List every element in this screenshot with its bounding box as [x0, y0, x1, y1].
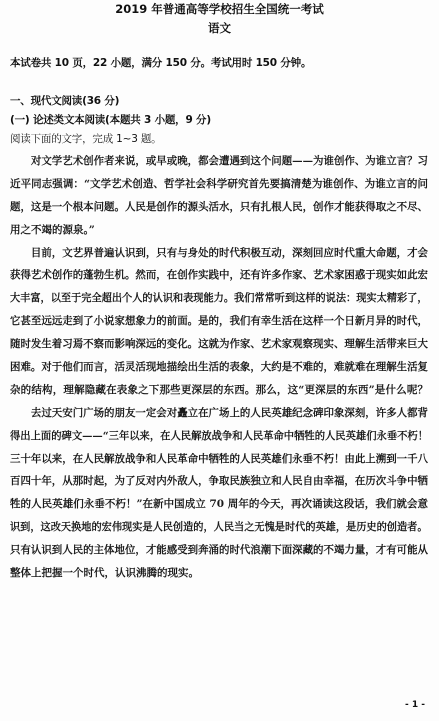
passage-line: 随时发生着习焉不察而影响深远的变化。这就为作家、艺术家观察现实、理解生活带来巨大	[10, 333, 426, 356]
subject-title: 语文	[0, 19, 439, 37]
exam-info: 本试卷共 10 页，22 小题，满分 150 分。考试用时 150 分钟。	[10, 55, 311, 71]
passage-line: 它甚至远远走到了小说家想象力的前面。是的，我们有幸生活在这样一个日新月异的时代，	[10, 310, 426, 333]
passage: 对文学艺术创作者来说，或早或晚，都会遭遇到这个问题——为谁创作、为谁立言？习 近…	[10, 150, 428, 585]
passage-line: 杂的结构，理解隐藏在表象之下那些更深层的东西。那么，这“更深层的东西”是什么呢？	[10, 379, 428, 402]
passage-line: 只有认识到人民的主体地位，才能感受到奔涌的时代浪潮下面深藏的不竭力量，才有可能从	[10, 539, 426, 562]
passage-line: 获得艺术创作的蓬勃生机。然而，在创作实践中，还有许多作家、艺术家困惑于现实如此宏	[10, 264, 426, 287]
instruction: 阅读下面的文字，完成 1~3 题。	[10, 131, 161, 147]
passage-line: 困难。对于他们而言，活灵活现地描绘出生活的表象，大约是不难的，难就难在理解生活复	[10, 356, 426, 379]
passage-line: 得出上面的碑文——“三年以来，在人民解放战争和人民革命中牺牲的人民英雄们永垂不朽…	[10, 425, 420, 448]
passage-line: 近平同志强调：“文学艺术创造、哲学社会科学研究首先要搞清楚为谁创作、为谁立言的问	[10, 173, 428, 196]
passage-line: 牲的人民英雄们永垂不朽！”在新中国成立 70 周年的今天，再次诵读这段话，我们就…	[10, 493, 428, 516]
passage-line: 百四十年，从那时起，为了反对内外敌人，争取民族独立和人民自由幸福，在历次斗争中牺	[10, 470, 426, 493]
passage-line: 用之不竭的源泉。”	[10, 219, 428, 242]
passage-line: 大丰富，以至于完全超出个人的认识和表现能力。我们常常听到这样的说法：现实太精彩了…	[10, 287, 415, 310]
section-heading: 一、现代文阅读(36 分)	[10, 93, 119, 109]
subsection-heading: (一) 论述类文本阅读(本题共 3 小题，9 分)	[10, 112, 211, 128]
passage-line: 题，这是一个根本问题。人民是创作的源头活水，只有扎根人民，创作才能获得取之不尽、	[10, 196, 426, 219]
passage-line: 整体上把握一个时代，认识沸腾的现实。	[10, 562, 428, 585]
passage-line: 三十年以来，在人民解放战争和人民革命中牺牲的人民英雄们永垂不朽！由此上溯到一千八	[10, 448, 426, 471]
exam-title: 2019 年普通高等学校招生全国统一考试	[0, 0, 439, 18]
exam-page: 2019 年普通高等学校招生全国统一考试 语文 本试卷共 10 页，22 小题，…	[0, 0, 439, 721]
passage-line: 去过天安门广场的朋友一定会对矗立在广场上的人民英雄纪念碑印象深刻，许多人都背	[10, 402, 426, 425]
passage-line: 识到，这改天换地的宏伟现实是人民创造的，人民当之无愧是时代的英雄，是历史的创造者…	[10, 516, 415, 539]
passage-line: 对文学艺术创作者来说，或早或晚，都会遭遇到这个问题——为谁创作、为谁立言？习	[10, 150, 426, 173]
page-number: - 1 -	[405, 700, 425, 710]
passage-line: 目前，文艺界普遍认识到，只有与身处的时代积极互动，深刻回应时代重大命题，才会	[10, 242, 426, 265]
